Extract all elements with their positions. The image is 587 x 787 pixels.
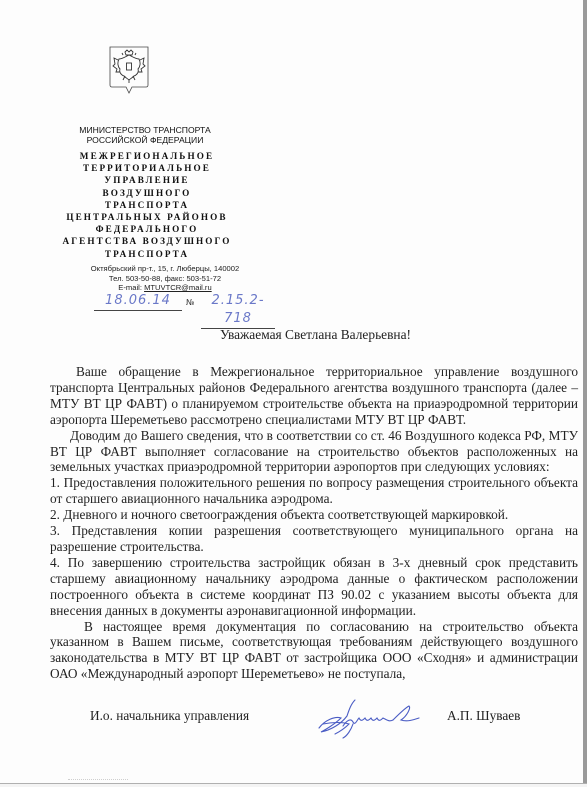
- ministry-line-1: МИНИСТЕРСТВО ТРАНСПОРТА: [60, 125, 230, 135]
- paragraph-status: В настоящее время документация по соглас…: [50, 619, 578, 683]
- handwritten-signature-icon: [313, 694, 425, 742]
- postal-address: Октябрьский пр-т., 15, г. Люберцы, 14000…: [50, 264, 280, 274]
- email-label: E-mail:: [118, 283, 142, 292]
- document-page: МИНИСТЕРСТВО ТРАНСПОРТА РОССИЙСКОЙ ФЕДЕР…: [0, 0, 583, 783]
- condition-item-1: 1. Предоставления положительного решения…: [50, 475, 578, 507]
- agency-line: АГЕНТСТВА ВОЗДУШНОГО: [62, 235, 232, 247]
- letter-body: Ваше обращение в Межрегиональное террито…: [50, 364, 578, 682]
- reference-line: 18.06.14 № 2.15.2-718: [70, 292, 300, 314]
- signatory-title: И.о. начальника управления: [90, 708, 249, 724]
- phone-fax: Тел. 503-50-88, факс: 503-51-72: [50, 274, 280, 284]
- paragraph-conditions: Доводим до Вашего сведения, что в соотве…: [50, 428, 578, 476]
- agency-name: МЕЖРЕГИОНАЛЬНОЕ ТЕРРИТОРИАЛЬНОЕ УПРАВЛЕН…: [62, 150, 232, 260]
- contact-block: Октябрьский пр-т., 15, г. Люберцы, 14000…: [50, 264, 280, 293]
- condition-item-2: 2. Дневного и ночного светоограждения об…: [50, 507, 578, 523]
- ministry-name: МИНИСТЕРСТВО ТРАНСПОРТА РОССИЙСКОЙ ФЕДЕР…: [60, 125, 230, 145]
- reference-number: 2.15.2-718: [201, 292, 275, 329]
- reference-date: 18.06.14: [94, 292, 182, 311]
- agency-line: ВОЗДУШНОГО: [62, 187, 232, 199]
- page-edge-right: [583, 0, 587, 787]
- condition-item-3: 3. Представления копии разрешения соотве…: [50, 523, 578, 555]
- signature-block: И.о. начальника управления А.П. Шуваев: [0, 706, 583, 746]
- reference-number-label: №: [186, 298, 194, 307]
- agency-line: МЕЖРЕГИОНАЛЬНОЕ: [62, 150, 232, 162]
- email-link[interactable]: MTUVTCR@mail.ru: [144, 283, 212, 292]
- coat-of-arms-icon: [108, 45, 150, 97]
- salutation: Уважаемая Светлана Валерьевна!: [220, 327, 411, 343]
- agency-line: ТРАНСПОРТА: [62, 248, 232, 260]
- condition-item-4: 4. По завершению строительства застройщи…: [50, 555, 578, 619]
- ministry-line-2: РОССИЙСКОЙ ФЕДЕРАЦИИ: [60, 135, 230, 145]
- agency-line: ФЕДЕРАЛЬНОГО: [62, 223, 232, 235]
- agency-line: ЦЕНТРАЛЬНЫХ РАЙОНОВ: [62, 211, 232, 223]
- paragraph-intro: Ваше обращение в Межрегиональное террито…: [50, 364, 578, 428]
- agency-line: ТРАНСПОРТА: [62, 199, 232, 211]
- signatory-name: А.П. Шуваев: [447, 708, 520, 724]
- agency-line: УПРАВЛЕНИЕ: [62, 174, 232, 186]
- agency-line: ТЕРРИТОРИАЛЬНОЕ: [62, 162, 232, 174]
